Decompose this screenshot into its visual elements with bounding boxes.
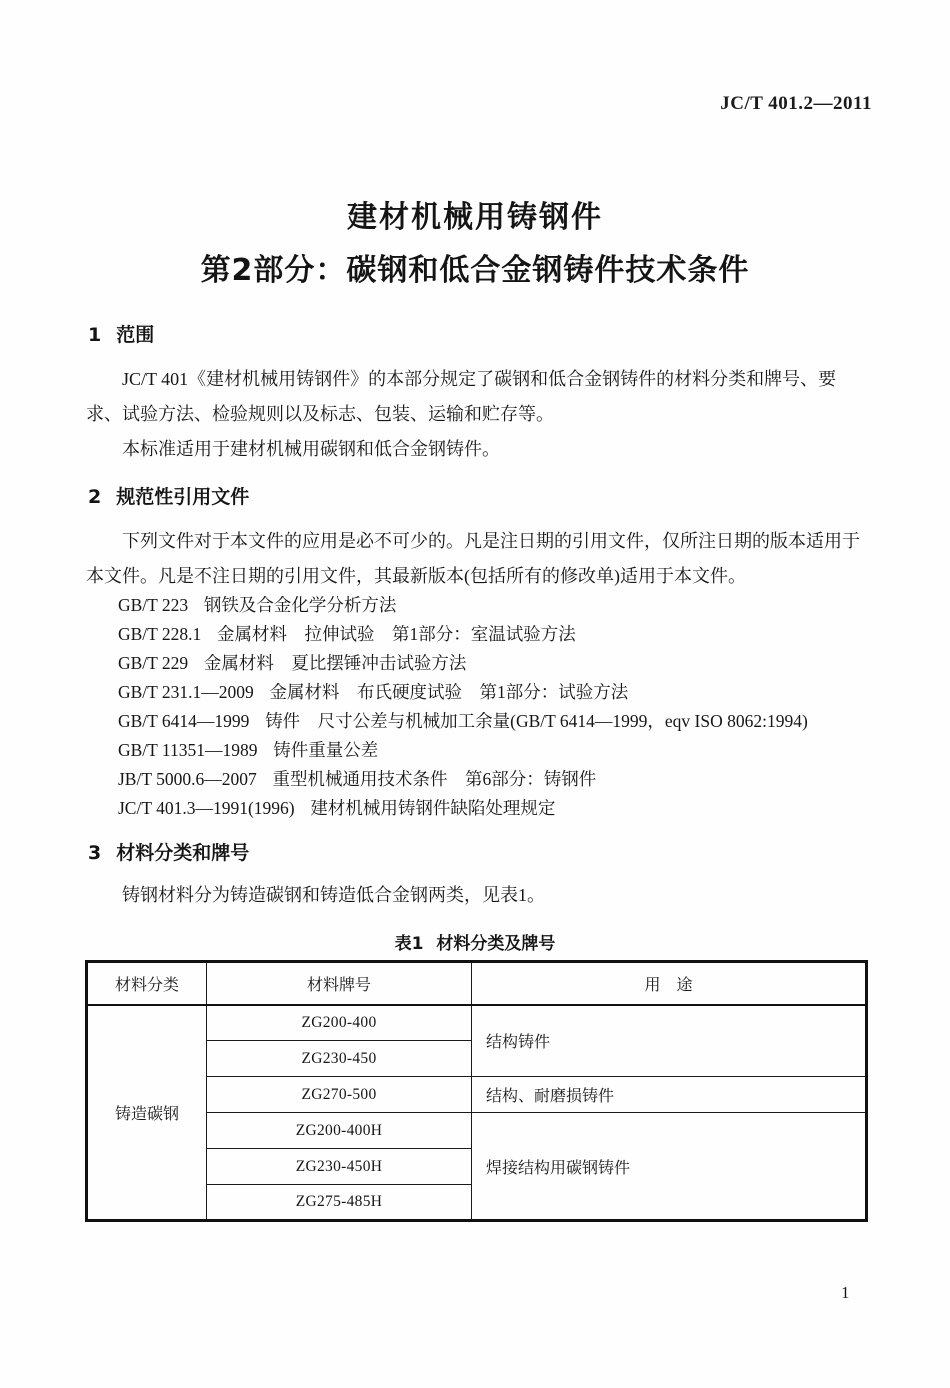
reference-title: 铸件重量公差 <box>273 740 378 760</box>
section-3-title: 材料分类和牌号 <box>116 842 249 864</box>
reference-item: GB/T 229金属材料 夏比摆锤冲击试验方法 <box>118 649 870 678</box>
reference-item: GB/T 11351—1989铸件重量公差 <box>118 736 870 765</box>
reference-code: GB/T 223 <box>118 595 188 615</box>
reference-item: GB/T 6414—1999铸件 尺寸公差与机械加工余量(GB/T 6414—1… <box>118 707 870 736</box>
scope-paragraph-2: 本标准适用于建材机械用碳钢和低合金钢铸件。 <box>86 432 868 467</box>
use-cell: 结构铸件 <box>472 1005 867 1077</box>
reference-code: GB/T 228.1 <box>118 624 201 644</box>
use-cell: 焊接结构用碳钢铸件 <box>472 1113 867 1221</box>
standard-number: JC/T 401.2—2011 <box>720 93 872 115</box>
classification-paragraph: 铸钢材料分为铸造碳钢和铸造低合金钢两类，见表1。 <box>86 878 868 913</box>
reference-title: 金属材料 布氏硬度试验 第1部分：试验方法 <box>270 682 629 702</box>
reference-list: GB/T 223钢铁及合金化学分析方法 GB/T 228.1金属材料 拉伸试验 … <box>118 591 870 823</box>
reference-item: GB/T 231.1—2009金属材料 布氏硬度试验 第1部分：试验方法 <box>118 678 870 707</box>
section-1-number: 1 <box>88 324 101 346</box>
grade-cell: ZG270-500 <box>207 1077 472 1113</box>
section-3-number: 3 <box>88 842 101 864</box>
reference-item: JB/T 5000.6—2007重型机械通用技术条件 第6部分：铸钢件 <box>118 765 870 794</box>
table1-caption: 表1材料分类及牌号 <box>0 929 950 954</box>
section-1-body: JC/T 401《建材机械用铸钢件》的本部分规定了碳钢和低合金钢铸件的材料分类和… <box>86 362 868 467</box>
reference-code: JB/T 5000.6—2007 <box>118 769 257 789</box>
document-title: 建材机械用铸钢件 第2部分：碳钢和低合金钢铸件技术条件 <box>0 192 950 289</box>
reference-title: 金属材料 拉伸试验 第1部分：室温试验方法 <box>217 624 576 644</box>
section-2-title: 规范性引用文件 <box>116 486 249 508</box>
col-header-material-class: 材料分类 <box>87 962 207 1005</box>
section-2-heading: 2规范性引用文件 <box>88 482 249 509</box>
grade-cell: ZG200-400 <box>207 1005 472 1041</box>
reference-code: GB/T 6414—1999 <box>118 711 249 731</box>
reference-code: JC/T 401.3—1991(1996) <box>118 798 295 818</box>
scope-paragraph-1: JC/T 401《建材机械用铸钢件》的本部分规定了碳钢和低合金钢铸件的材料分类和… <box>86 362 868 432</box>
reference-item: GB/T 223钢铁及合金化学分析方法 <box>118 591 870 620</box>
section-3-heading: 3材料分类和牌号 <box>88 838 249 865</box>
section-1-title: 范围 <box>116 324 154 346</box>
reference-code: GB/T 229 <box>118 653 188 673</box>
reference-title: 建材机械用铸钢件缺陷处理规定 <box>310 798 555 818</box>
references-intro-paragraph: 下列文件对于本文件的应用是必不可少的。凡是注日期的引用文件，仅所注日期的版本适用… <box>86 524 868 594</box>
page-number: 1 <box>841 1283 850 1303</box>
reference-title: 重型机械通用技术条件 第6部分：铸钢件 <box>272 769 596 789</box>
category-cell: 铸造碳钢 <box>87 1005 207 1221</box>
document-title-line1: 建材机械用铸钢件 <box>0 192 950 236</box>
reference-code: GB/T 231.1—2009 <box>118 682 254 702</box>
table-header-row: 材料分类 材料牌号 用 途 <box>87 962 867 1005</box>
document-page: JC/T 401.2—2011 建材机械用铸钢件 第2部分：碳钢和低合金钢铸件技… <box>0 0 950 1388</box>
reference-title: 金属材料 夏比摆锤冲击试验方法 <box>204 653 467 673</box>
grade-cell: ZG200-400H <box>207 1113 472 1149</box>
grade-cell: ZG275-485H <box>207 1185 472 1221</box>
section-1-heading: 1范围 <box>88 320 154 347</box>
reference-item: GB/T 228.1金属材料 拉伸试验 第1部分：室温试验方法 <box>118 620 870 649</box>
document-title-line2: 第2部分：碳钢和低合金钢铸件技术条件 <box>0 245 950 289</box>
table1-caption-label: 表1 <box>395 934 424 954</box>
table1-caption-text: 材料分类及牌号 <box>436 934 555 954</box>
section-3-body: 铸钢材料分为铸造碳钢和铸造低合金钢两类，见表1。 <box>86 878 868 913</box>
table-row: 铸造碳钢 ZG200-400 结构铸件 <box>87 1005 867 1041</box>
col-header-material-grade: 材料牌号 <box>207 962 472 1005</box>
reference-code: GB/T 11351—1989 <box>118 740 258 760</box>
grade-cell: ZG230-450H <box>207 1149 472 1185</box>
reference-item: JC/T 401.3—1991(1996)建材机械用铸钢件缺陷处理规定 <box>118 794 870 823</box>
section-2-number: 2 <box>88 486 101 508</box>
reference-title: 铸件 尺寸公差与机械加工余量(GB/T 6414—1999，eqv ISO 80… <box>265 711 808 731</box>
reference-title: 钢铁及合金化学分析方法 <box>204 595 397 615</box>
col-header-use: 用 途 <box>472 962 867 1005</box>
references-intro-block: 下列文件对于本文件的应用是必不可少的。凡是注日期的引用文件，仅所注日期的版本适用… <box>86 524 868 594</box>
grade-cell: ZG230-450 <box>207 1041 472 1077</box>
use-cell: 结构、耐磨损铸件 <box>472 1077 867 1113</box>
materials-table: 材料分类 材料牌号 用 途 铸造碳钢 ZG200-400 结构铸件 ZG230-… <box>85 960 868 1222</box>
